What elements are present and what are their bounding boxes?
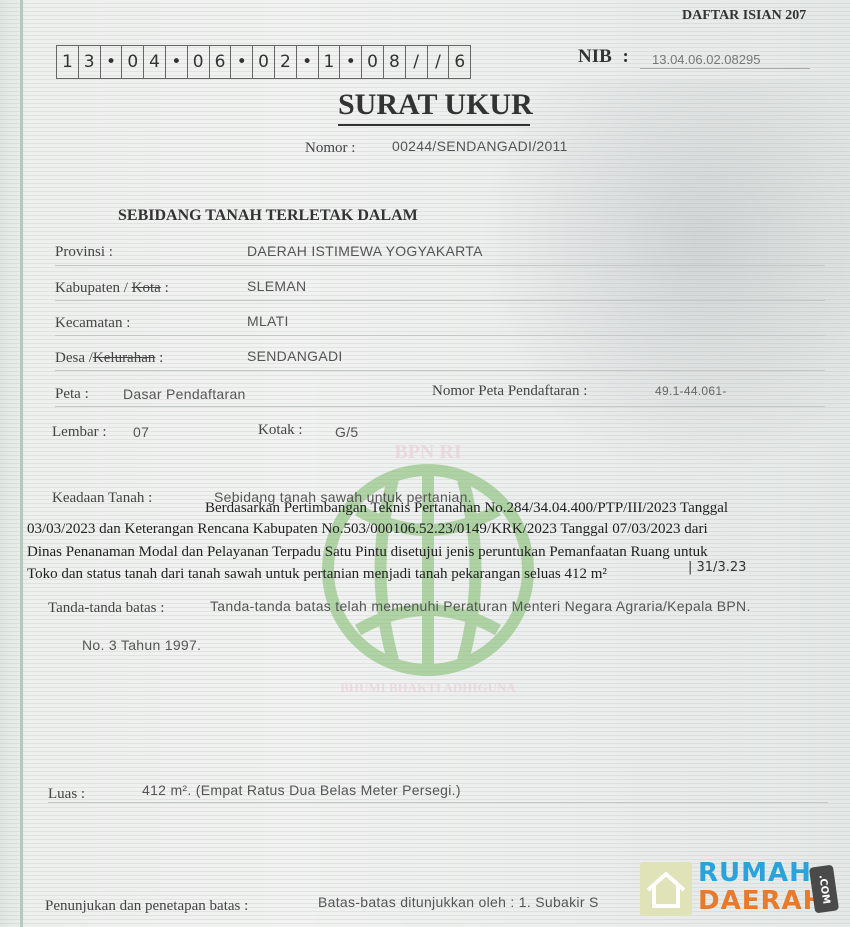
nib-label: NIB : <box>578 46 629 68</box>
provinsi-label-text: Provinsi <box>55 244 105 260</box>
number-cell: 8 <box>384 46 406 78</box>
number-cell: 1 <box>319 46 341 78</box>
tanda-batas-value: Tanda-tanda batas telah memenuhi Peratur… <box>210 598 751 614</box>
nomor-value: 00244/SENDANGADI/2011 <box>392 138 568 154</box>
logo-text-rumah: RUMAH <box>698 858 812 888</box>
luas-value: 412 m². (Empat Ratus Dua Belas Meter Per… <box>142 782 461 798</box>
keadaan-note-line-1: Berdasarkan Pertimbangan Teknis Pertanah… <box>205 500 728 517</box>
keadaan-note-line-2: 03/03/2023 dan Keterangan Rencana Kabupa… <box>27 521 708 538</box>
number-cell: 4 <box>144 46 166 78</box>
nomor-label-text: Nomor <box>305 140 348 156</box>
number-cell: 6 <box>210 46 232 78</box>
stamp-bottom-text: BHUMI BHAKTI ADHIGUNA <box>340 680 516 695</box>
penunjukan-value: Batas-batas ditunjukkan oleh : 1. Subaki… <box>318 894 599 910</box>
number-cell: 6 <box>449 46 471 78</box>
title-underline <box>338 124 530 126</box>
number-cell: 1 <box>57 46 79 78</box>
location-heading: SEBIDANG TANAH TERLETAK DALAM <box>118 207 418 225</box>
nomor-label: Nomor : <box>305 140 355 157</box>
number-cell: 0 <box>122 46 144 78</box>
lembar-label: Lembar : <box>52 424 107 441</box>
kotak-value: G/5 <box>335 424 358 440</box>
keadaan-label: Keadaan Tanah : <box>52 490 152 507</box>
number-cell: • <box>231 46 253 78</box>
handwritten-number-boxes: 13•04•06•02•1•08//6 <box>56 45 471 79</box>
nib-underline <box>640 68 810 69</box>
form-code: DAFTAR ISIAN 207 <box>682 8 806 24</box>
number-cell: 0 <box>362 46 384 78</box>
row-line <box>55 265 825 266</box>
handwritten-date: | 31/3.23 <box>688 560 746 575</box>
tanda-batas-label: Tanda-tanda batas : <box>48 600 164 617</box>
penunjukan-label: Penunjukan dan penetapan batas : <box>45 898 248 915</box>
stamp-top-text: BPN RI <box>394 441 461 463</box>
row-line <box>55 370 825 371</box>
nib-value: 13.04.06.02.08295 <box>652 52 760 67</box>
handwritten-date-text: 31/3.23 <box>697 560 747 575</box>
logo-com-text: .COM <box>816 874 831 905</box>
rumahdaerah-watermark: RUMAH DAERAH .COM <box>640 858 840 920</box>
row-line <box>55 335 825 336</box>
provinsi-label: Provinsi : <box>55 244 113 261</box>
row-line <box>55 300 825 301</box>
number-cell: 2 <box>275 46 297 78</box>
logo-text-daerah: DAERAH <box>698 886 825 916</box>
peta-label-text: Peta <box>55 386 81 402</box>
nomor-peta-label-text: Nomor Peta Pendaftaran <box>432 383 579 399</box>
number-cell: 0 <box>253 46 275 78</box>
keadaan-label-text: Keadaan Tanah <box>52 490 144 506</box>
desa-value: SENDANGADI <box>247 348 343 364</box>
nomor-peta-label: Nomor Peta Pendaftaran : <box>432 383 587 400</box>
tanda-batas-label-text: Tanda-tanda batas <box>48 600 156 616</box>
lembar-value: 07 <box>133 424 149 440</box>
provinsi-value: DAERAH ISTIMEWA YOGYAKARTA <box>247 243 483 259</box>
peta-value: Dasar Pendaftaran <box>123 386 246 402</box>
document-title: SURAT UKUR <box>338 88 533 122</box>
page-edge <box>20 0 23 927</box>
number-cell: • <box>297 46 319 78</box>
number-cell: • <box>101 46 123 78</box>
row-line <box>55 406 825 407</box>
penunjukan-label-text: Penunjukan dan penetapan batas <box>45 898 240 914</box>
luas-label: Luas : <box>48 786 85 803</box>
house-icon <box>640 862 692 916</box>
keadaan-note-line-3: Dinas Penanaman Modal dan Pelayanan Terp… <box>27 544 708 561</box>
keadaan-note-line-4: Toko dan status tanah dari tanah sawah u… <box>27 566 607 583</box>
tanda-batas-value-2: No. 3 Tahun 1997. <box>82 637 201 653</box>
peta-label: Peta : <box>55 386 89 403</box>
kelurahan-struck-text: Kelurahan <box>93 350 155 366</box>
desa-label-text: Desa / <box>55 350 93 366</box>
number-cell: • <box>340 46 362 78</box>
number-cell: • <box>166 46 188 78</box>
number-cell: / <box>406 46 428 78</box>
number-cell: 0 <box>188 46 210 78</box>
kabupaten-label: Kabupaten / Kota : <box>55 280 169 297</box>
nomor-peta-value: 49.1-44.061- <box>655 384 727 398</box>
kecamatan-value: MLATI <box>247 313 289 329</box>
row-line <box>48 802 828 803</box>
desa-label: Desa /Kelurahan : <box>55 350 163 367</box>
kabupaten-value: SLEMAN <box>247 278 306 294</box>
kecamatan-label: Kecamatan : <box>55 315 130 332</box>
number-cell: 3 <box>79 46 101 78</box>
luas-label-text: Luas <box>48 786 77 802</box>
kotak-label: Kotak : <box>258 422 303 439</box>
kecamatan-label-text: Kecamatan <box>55 315 122 331</box>
kabupaten-label-text: Kabupaten / <box>55 280 132 296</box>
lembar-label-text: Lembar <box>52 424 99 440</box>
kota-struck-text: Kota <box>132 280 161 296</box>
number-cell: / <box>428 46 450 78</box>
logo-com-badge: .COM <box>809 865 839 914</box>
nib-label-text: NIB <box>578 46 612 67</box>
kotak-label-text: Kotak <box>258 422 295 438</box>
